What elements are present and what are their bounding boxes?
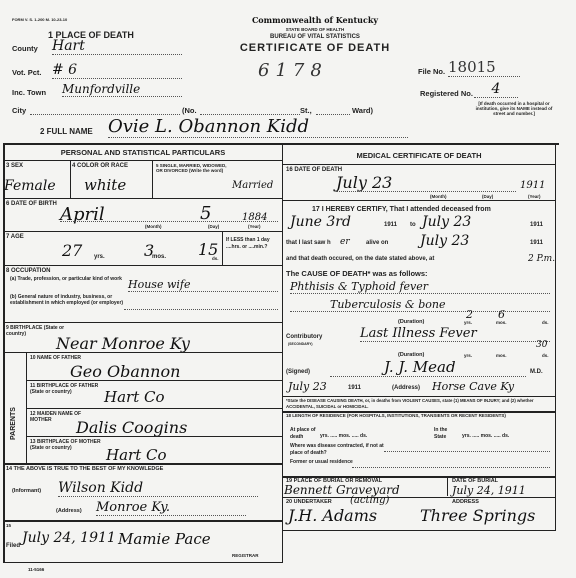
- divider: [26, 436, 282, 437]
- informant-address-value: Monroe Ky.: [96, 500, 246, 516]
- undertaker-label: 20 UNDERTAKER: [286, 500, 332, 505]
- full-name-label: 2 FULL NAME: [40, 127, 93, 136]
- mother-birthplace-label: 13 BIRTHPLACE OF MOTHER (State or countr…: [30, 439, 102, 451]
- less-than-label: If LESS than 1 day ....hrs. or ....min.?: [226, 237, 280, 251]
- former-residence-line: [352, 466, 550, 468]
- ward-line: [316, 106, 350, 115]
- undertaker-value: J.H. Adams: [288, 506, 377, 525]
- dod-year-caption: (Year): [528, 194, 541, 199]
- frame-left: [3, 143, 5, 563]
- occupation-b-label: (b) General nature of industry, business…: [10, 294, 128, 306]
- in-state-fields: yrs. ..... mos. ..... ds.: [462, 434, 509, 439]
- divider: [26, 380, 282, 381]
- undertaker-address-value: Three Springs: [420, 506, 535, 525]
- divider: [4, 231, 282, 232]
- divider: [4, 463, 282, 465]
- sex-label: 3 SEX: [6, 163, 23, 170]
- sign-date: July 23: [288, 380, 327, 393]
- last-saw-year: 1911: [530, 240, 543, 247]
- informant-address-label: (Address): [56, 509, 82, 514]
- divider: [283, 164, 555, 165]
- physician-address-label: (Address): [392, 385, 420, 392]
- registrar-signature: Mamie Pace: [118, 530, 211, 548]
- vot-pct-value: # 6: [52, 62, 182, 79]
- signed-label: (Signed): [286, 369, 310, 376]
- filed-date: July 24, 1911: [22, 530, 116, 546]
- duration-yrs-caption: yrs.: [464, 320, 472, 325]
- ds-caption: ds.: [212, 256, 219, 261]
- full-name-value: Ovie L. Obannon Kidd: [108, 116, 408, 138]
- employer-line: [124, 308, 278, 310]
- birthplace-value: Near Monroe Ky: [56, 334, 190, 353]
- mos-caption: mos.: [152, 254, 166, 261]
- certificate-header: Commonwealth of Kentucky STATE BOARD OF …: [220, 15, 410, 54]
- hospital-note: [If death occurred in a hospital or inst…: [475, 101, 553, 116]
- dob-label: 6 DATE OF BIRTH: [6, 201, 57, 208]
- divider: [283, 497, 555, 498]
- medical-heading: MEDICAL CERTIFICATE OF DEATH: [283, 151, 555, 160]
- sex-value: Female: [4, 178, 56, 194]
- divider: [4, 322, 282, 323]
- divider: [152, 160, 153, 198]
- column-divider: [282, 143, 283, 563]
- cause-1: Phthisis & Typhoid fever: [290, 280, 550, 294]
- file-no-label: File No.: [418, 67, 445, 76]
- sign-year: 1911: [348, 385, 361, 392]
- frame-right: [555, 143, 556, 531]
- residence-label: 18 LENGTH OF RESIDENCE (FOR HOSPITALS, I…: [286, 413, 552, 419]
- duration-2-ds: ds.: [542, 353, 549, 358]
- yrs-caption: yrs.: [94, 254, 105, 261]
- date-of-death-line: [336, 190, 516, 192]
- informant-value: Wilson Kidd: [58, 480, 258, 497]
- in-state-label: In the State: [434, 427, 460, 441]
- year-caption: (Year): [248, 224, 261, 229]
- vot-pct-label: Vot. Pct.: [12, 68, 41, 77]
- color-value: white: [84, 176, 126, 194]
- inc-town-label: Inc. Town: [12, 88, 46, 97]
- contributory-label: Contributory: [286, 334, 322, 341]
- divider: [4, 265, 282, 266]
- at-place-label: At place of death: [290, 427, 320, 441]
- last-saw-label: that I last saw h: [286, 240, 331, 247]
- commonwealth-title: Commonwealth of Kentucky: [220, 15, 410, 25]
- mother-birthplace-value: Hart Co: [106, 446, 167, 464]
- divider: [283, 530, 555, 531]
- date-of-death-label: 16 DATE OF DEATH: [286, 167, 342, 174]
- father-birthplace-label: 11 BIRTHPLACE OF FATHER (State or countr…: [30, 383, 102, 395]
- file-no-value: 18015: [448, 58, 520, 77]
- street-no-label: (No.: [182, 106, 197, 115]
- secondary-label: (SECONDARY): [288, 342, 313, 347]
- county-value: Hart: [52, 38, 182, 55]
- contributory-value: Last Illness Fever: [360, 326, 550, 342]
- marital-label: 5 SINGLE, MARRIED, WIDOWED, OR DIVORCED …: [156, 163, 230, 173]
- month-caption: (Month): [145, 224, 162, 229]
- where-contracted-line: [384, 450, 550, 452]
- registrar-label: REGISTRAR: [232, 553, 259, 558]
- frame-top: [3, 143, 559, 145]
- divider: [447, 476, 448, 496]
- duration-label: (Duration): [398, 320, 424, 325]
- divider: [70, 160, 71, 198]
- contributory-days: 30: [536, 340, 547, 350]
- county-label: County: [12, 44, 38, 53]
- occupation-a-label: (a) Trade, profession, or particular kin…: [10, 276, 128, 282]
- time-of-death: 2 P.m.: [528, 254, 555, 264]
- bureau-name: BUREAU OF VITAL STATISTICS: [220, 34, 410, 41]
- md-label: M.D.: [530, 369, 543, 376]
- burial-date-value: July 24, 1911: [452, 484, 526, 497]
- attended-from: June 3rd: [290, 214, 351, 230]
- divider: [4, 562, 282, 563]
- dod-month-caption: (Month): [430, 194, 447, 199]
- city-line: [30, 106, 180, 115]
- divider: [222, 231, 223, 265]
- to-year: 1911: [530, 222, 543, 229]
- divider: [4, 198, 282, 199]
- at-place-fields: yrs. ..... mos. ..... ds.: [320, 434, 367, 439]
- former-residence-label: Former or usual residence: [290, 459, 354, 466]
- occurred-label: and that death occured, on the date stat…: [286, 256, 434, 263]
- divider: [283, 396, 555, 397]
- last-saw-date: July 23: [420, 233, 469, 249]
- undertaker-address-label: ADDRESS: [452, 500, 479, 505]
- personal-heading: PERSONAL AND STATISTICAL PARTICULARS: [4, 148, 282, 157]
- divider: [283, 200, 555, 201]
- cause-label: The CAUSE OF DEATH* was as follows:: [286, 269, 428, 278]
- parents-label: PARENTS: [10, 380, 17, 440]
- certify-label: 17 I HEREBY CERTIFY, That I attended dec…: [312, 205, 491, 214]
- death-year: 1911: [520, 180, 545, 191]
- informant-label: (Informant): [12, 489, 41, 494]
- street-line: [200, 106, 300, 115]
- registered-no-label: Registered No.: [420, 89, 473, 98]
- filing-number: 15: [6, 523, 11, 528]
- age-label: 7 AGE: [6, 234, 24, 241]
- father-name-value: Geo Obannon: [70, 362, 180, 381]
- cause-footnote: *State the DISEASE CAUSING DEATH, or, in…: [286, 398, 552, 409]
- occupation-label: 8 OCCUPATION: [6, 268, 50, 275]
- death-certificate: FORM V. S. 1-200 M. 10-23-10 1 PLACE OF …: [0, 0, 576, 578]
- st-label: St.,: [300, 106, 312, 115]
- alive-on-label: alive on: [366, 240, 388, 247]
- footer-code: 11-5166: [28, 567, 44, 572]
- father-name-label: 10 NAME OF FATHER: [30, 355, 82, 361]
- duration-mos-caption: mos.: [496, 320, 507, 325]
- divider: [4, 160, 282, 161]
- filed-label: Filed: [6, 543, 20, 550]
- last-saw-pronoun: er: [340, 237, 350, 247]
- day-caption: (Day): [208, 224, 219, 229]
- divider: [4, 520, 282, 522]
- where-contracted-label: Where was disease contracted, if not at …: [290, 443, 388, 457]
- age-years: 27: [62, 241, 82, 260]
- ward-label: Ward): [352, 106, 373, 115]
- informant-heading: 14 THE ABOVE IS TRUE TO THE BEST OF MY K…: [6, 467, 163, 472]
- father-birthplace-value: Hart Co: [104, 388, 165, 406]
- physician-address: Horse Cave Ky: [432, 380, 514, 393]
- attended-to: July 23: [422, 214, 471, 230]
- city-label: City: [12, 106, 26, 115]
- divider: [26, 408, 282, 409]
- physician-signature: J. J. Mead: [330, 358, 526, 377]
- mother-name-value: Dalis Coogins: [76, 418, 187, 437]
- cause-2: Tuberculosis & bone: [290, 298, 550, 312]
- dob-line: [60, 220, 278, 222]
- board-name: STATE BOARD OF HEALTH: [220, 27, 410, 32]
- registered-no-value: 4: [474, 81, 518, 98]
- certificate-title: CERTIFICATE OF DEATH: [220, 42, 410, 54]
- form-code: FORM V. S. 1-200 M. 10-23-10: [12, 17, 67, 22]
- inc-town-value: Munfordville: [62, 82, 182, 97]
- from-year: 1911: [384, 222, 397, 229]
- occupation-value: House wife: [128, 278, 278, 292]
- to-label: to: [410, 222, 416, 229]
- divider: [4, 352, 282, 353]
- undertaker-note: (acting): [350, 495, 389, 506]
- color-label: 4 COLOR OR RACE: [72, 163, 128, 170]
- marital-value: Married: [232, 180, 273, 191]
- dod-day-caption: (Day): [482, 194, 493, 199]
- stamp-number: 6178: [258, 60, 328, 81]
- duration-ds-caption: ds.: [542, 320, 549, 325]
